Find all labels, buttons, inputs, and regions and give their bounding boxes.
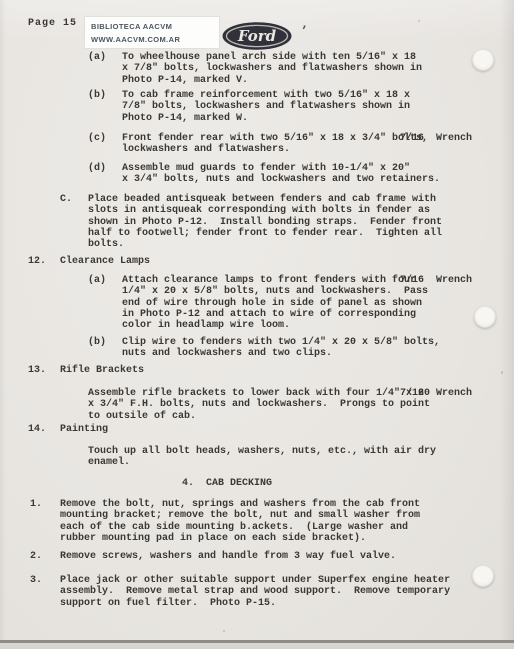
section-12b-label: (b): [88, 337, 106, 348]
ford-script-text: Ford: [237, 27, 277, 45]
punch-hole-middle: [474, 306, 496, 328]
step-2-text: Remove screws, washers and handle from 3…: [60, 551, 396, 562]
section-12-title: Clearance Lamps: [60, 256, 150, 267]
item-a-text: To wheelhouse panel arch side with ten 5…: [122, 52, 422, 86]
step-3-text: Place jack or other suitable support und…: [60, 575, 450, 609]
tool-note-wrench-1: 7/16 Wrench: [400, 133, 472, 144]
section-12a-text: Attach clearance lamps to front fenders …: [122, 275, 428, 331]
cab-decking-heading: 4. CAB DECKING: [182, 478, 272, 489]
item-C-text: Place beaded antisqueak between fenders …: [88, 194, 442, 250]
section-14-text: Touch up all bolt heads, washers, nuts, …: [88, 446, 436, 469]
item-c-text: Front fender rear with two 5/16" x 18 x …: [122, 133, 428, 156]
tool-note-wrench-2: 7/16 Wrench: [400, 275, 472, 286]
scanner-background-strip: [0, 643, 514, 649]
section-13-text: Assemble rifle brackets to lower back wi…: [88, 388, 430, 422]
stamp-line-1: BIBLIOTECA AACVM: [91, 20, 219, 33]
item-a-label: (a): [88, 52, 106, 63]
item-c-label: (c): [88, 133, 106, 144]
item-d-label: (d): [88, 163, 106, 174]
section-12a-label: (a): [88, 275, 106, 286]
paper-speck: [501, 371, 503, 374]
section-14-number: 14.: [28, 424, 46, 435]
section-13-title: Rifle Brackets: [60, 365, 144, 376]
punch-hole-bottom: [472, 565, 494, 587]
item-b-text: To cab frame reinforcement with two 5/16…: [122, 90, 410, 124]
library-stamp: BIBLIOTECA AACVM WWW.AACVM.COM.AR: [84, 16, 220, 49]
item-C-label: C.: [60, 194, 72, 205]
stamp-line-2: WWW.AACVM.COM.AR: [91, 33, 219, 46]
step-2-number: 2.: [30, 551, 42, 562]
item-d-text: Assemble mud guards to fender with 10-1/…: [122, 163, 440, 186]
step-1-number: 1.: [30, 499, 42, 510]
page-number: Page 15: [28, 18, 77, 29]
scanned-manual-page: Page 15 BIBLIOTECA AACVM WWW.AACVM.COM.A…: [0, 0, 514, 649]
item-b-label: (b): [88, 90, 106, 101]
ford-logo: Ford: [221, 21, 293, 51]
step-1-text: Remove the bolt, nut, springs and washer…: [60, 499, 420, 544]
section-12-number: 12.: [28, 256, 46, 267]
step-3-number: 3.: [30, 575, 42, 586]
tool-note-wrench-3: 7/16 Wrench: [400, 388, 472, 399]
section-12b-text: Clip wire to fenders with two 1/4" x 20 …: [122, 337, 440, 360]
section-13-number: 13.: [28, 365, 46, 376]
paper-speck: [418, 20, 420, 22]
paper-speck: [223, 630, 225, 632]
punch-hole-top: [472, 49, 494, 71]
section-14-title: Painting: [60, 424, 108, 435]
stray-ink-mark: ’: [302, 24, 307, 39]
